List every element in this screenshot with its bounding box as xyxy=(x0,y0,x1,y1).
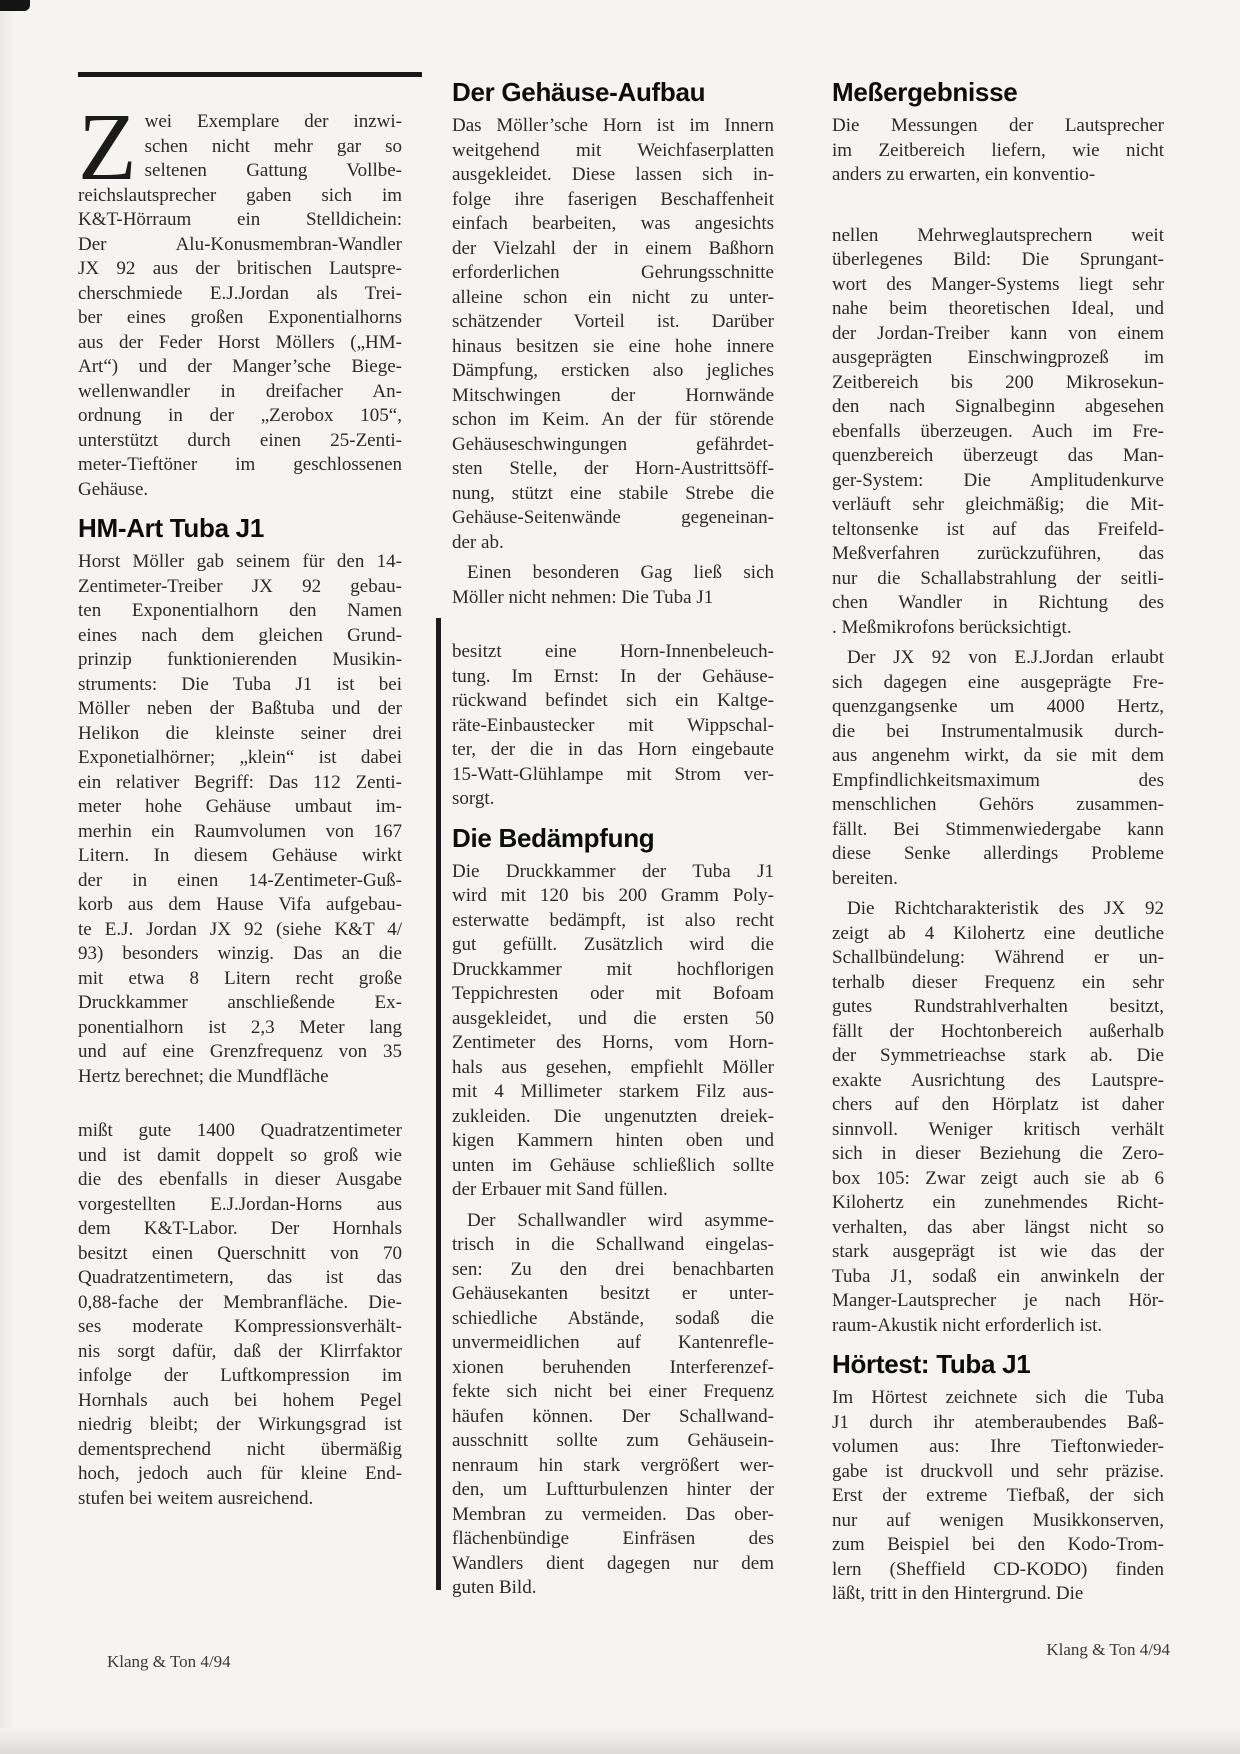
text-line: Die Druckkammer der Tuba J1 xyxy=(452,860,774,885)
text-line: nur die Schallabstrahlung der seitli- xyxy=(832,567,1164,592)
text-line: vorgestellten E.J.Jordan-Horns aus xyxy=(78,1193,402,1218)
text-line: Das Möller’sche Horn ist im Innern xyxy=(452,114,774,139)
top-rule xyxy=(78,72,422,77)
text-line: Hornhals auch bei hohem Pegel xyxy=(78,1389,402,1414)
paragraph: Einen besonderen Gag ließ sichMöller nic… xyxy=(452,561,774,610)
text-line: stark ausgeprägt ist wie das der xyxy=(832,1240,1164,1265)
text-line: Manger-Lautsprecher je nach Hör- xyxy=(832,1289,1164,1314)
text-line: Im Hörtest zeichnete sich die Tuba xyxy=(832,1386,1164,1411)
text-line: der in einen 14-Zentimeter-Guß- xyxy=(78,869,402,894)
paragraph: Der JX 92 von E.J.Jordan erlaubtsich dag… xyxy=(832,646,1164,891)
text-line: gabe ist druckvoll und sehr präzise. xyxy=(832,1460,1164,1485)
text-line: unterstützt durch einen 25-Zenti- xyxy=(78,429,402,454)
text-line: alleine schon ein nicht zu unter- xyxy=(452,286,774,311)
footer-left: Klang & Ton 4/94 xyxy=(107,1652,231,1672)
text-line: besitzt eine Horn-Innenbeleuch- xyxy=(452,640,774,665)
text-line: infolge der Luftkompression im xyxy=(78,1364,402,1389)
text-line: Gehäuse-Seitenwände gegeneinan- xyxy=(452,506,774,531)
column-left: Zwei Exemplare der inzwi-schen nicht meh… xyxy=(78,104,402,1511)
text-line: im Zeitbereich liefern, wie nicht xyxy=(832,139,1164,164)
text-line: ponentialhorn ist 2,3 Meter lang xyxy=(78,1016,402,1041)
text-line: den, um Luftturbulenzen hinter der xyxy=(452,1478,774,1503)
spacer xyxy=(832,188,1164,218)
scan-artifact xyxy=(0,0,30,11)
text-line: mit etwa 8 Litern recht große xyxy=(78,967,402,992)
text-line: Horst Möller gab seinem für den 14- xyxy=(78,550,402,575)
spacer xyxy=(452,610,774,634)
text-line: nis sorgt dafür, daß der Klirrfaktor xyxy=(78,1340,402,1365)
text-line: wird mit 120 bis 200 Gramm Poly- xyxy=(452,884,774,909)
text-line: struments: Die Tuba J1 ist bei xyxy=(78,673,402,698)
text-line: niedrig bleibt; der Wirkungsgrad ist xyxy=(78,1413,402,1438)
text-line: eines nach dem gleichen Grund- xyxy=(78,624,402,649)
text-line: ausgekleidet, und die ersten 50 xyxy=(452,1007,774,1032)
text-line: nenraum hin stark vergrößert wer- xyxy=(452,1454,774,1479)
text-line: die des ebenfalls in dieser Ausgabe xyxy=(78,1168,402,1193)
text-line: mißt gute 1400 Quadratzentimeter xyxy=(78,1119,402,1144)
text-line: gutes Rundstrahlverhalten besitzt, xyxy=(832,995,1164,1020)
text-line: überlegenes Bild: Die Sprungant- xyxy=(832,248,1164,273)
text-line: quenzgangsenke um 4000 Hertz, xyxy=(832,695,1164,720)
text-line: K&T-Hörraum ein Stelldichein: xyxy=(78,208,402,233)
paragraph: besitzt eine Horn-Innenbeleuch-tung. Im … xyxy=(452,640,774,812)
text-line: JX 92 aus der britischen Lautspre- xyxy=(78,257,402,282)
text-line: Der JX 92 von E.J.Jordan erlaubt xyxy=(832,646,1164,671)
text-line: nahe beim theoretischen Ideal, und xyxy=(832,297,1164,322)
text-line: Möller nicht nehmen: Die Tuba J1 xyxy=(452,586,774,611)
text-line: sinnvoll. Weniger kritisch verhält xyxy=(832,1118,1164,1143)
text-line: erforderlichen Gehrungsschnitte xyxy=(452,261,774,286)
text-line: Einen besonderen Gag ließ sich xyxy=(452,561,774,586)
text-line: Litern. In diesem Gehäuse wirkt xyxy=(78,844,402,869)
text-line: esterwatte bedämpft, ist also recht xyxy=(452,909,774,934)
text-line: Empfindlichkeitsmaximum des xyxy=(832,769,1164,794)
text-line: zum Beispiel bei den Kodo-Trom- xyxy=(832,1533,1164,1558)
text-line: Gehäuseschwingungen gefährdet- xyxy=(452,433,774,458)
text-line: wellenwandler in dreifacher An- xyxy=(78,380,402,405)
text-line: schiedliche Abstände, sodaß die xyxy=(452,1307,774,1332)
text-line: prinzip funktionierenden Musikin- xyxy=(78,648,402,673)
text-line: stufen bei weitem ausreichend. xyxy=(78,1487,402,1512)
text-line: hoch, jedoch auch für kleine End- xyxy=(78,1462,402,1487)
paragraph: Die Druckkammer der Tuba J1wird mit 120 … xyxy=(452,860,774,1203)
text-line: fekte sich nicht bei einer Frequenz xyxy=(452,1380,774,1405)
text-line: merhin ein Raumvolumen von 167 xyxy=(78,820,402,845)
text-line: ebenfalls überzeugen. Auch im Fre- xyxy=(832,420,1164,445)
column-right: MeßergebnisseDie Messungen der Lautsprec… xyxy=(832,78,1164,1607)
text-line: sen: Zu den drei benachbarten xyxy=(452,1258,774,1283)
text-line: der ab. xyxy=(452,531,774,556)
section-heading: HM-Art Tuba J1 xyxy=(78,514,402,542)
text-line: sich in dieser Beziehung die Zero- xyxy=(832,1142,1164,1167)
text-line: guten Bild. xyxy=(452,1576,774,1601)
section-heading: Der Gehäuse-Aufbau xyxy=(452,78,774,106)
text-line: Möller neben der Baßtuba und der xyxy=(78,697,402,722)
text-line: reichslautsprecher gaben sich im xyxy=(78,184,402,209)
text-line: der Jordan-Treiber kann von einem xyxy=(832,322,1164,347)
text-line: mit 4 Millimeter starkem Filz aus- xyxy=(452,1080,774,1105)
column-divider-rule xyxy=(436,618,441,1590)
section-heading: Meßergebnisse xyxy=(832,78,1164,106)
text-line: korb aus dem Hause Vifa aufgebau- xyxy=(78,893,402,918)
text-line: ter, der die in das Horn eingebaute xyxy=(452,738,774,763)
text-line: Gehäusekanten besitzt er unter- xyxy=(452,1282,774,1307)
text-line: Membran zu vermeiden. Das ober- xyxy=(452,1503,774,1528)
spacer xyxy=(78,1089,402,1113)
text-line: häufen können. Der Schallwand- xyxy=(452,1405,774,1430)
text-line: xionen beruhenden Interferenzef- xyxy=(452,1356,774,1381)
text-line: flächenbündige Einfräsen des xyxy=(452,1527,774,1552)
text-line: Druckkammer anschließende Ex- xyxy=(78,991,402,1016)
text-line: Dämpfung, ersticken also jegliches xyxy=(452,359,774,384)
scan-bottom-shade xyxy=(0,1728,1240,1754)
text-line: verläuft sehr gleichmäßig; die Mit- xyxy=(832,493,1164,518)
text-line: te E.J. Jordan JX 92 (siehe K&T 4/ xyxy=(78,918,402,943)
magazine-page: Zwei Exemplare der inzwi-schen nicht meh… xyxy=(0,0,1240,1754)
text-line: nellen Mehrweglautsprechern weit xyxy=(832,224,1164,249)
text-line: den nach Signalbeginn abgesehen xyxy=(832,395,1164,420)
text-line: verhalten, das aber längst nicht so xyxy=(832,1216,1164,1241)
paragraph: Die Richtcharakteristik des JX 92zeigt a… xyxy=(832,897,1164,1338)
text-line: hinaus besitzen sie eine hohe innere xyxy=(452,335,774,360)
text-line: lern (Sheffield CD-KODO) finden xyxy=(832,1558,1164,1583)
text-line: folge ihre faserigen Beschaffenheit xyxy=(452,188,774,213)
text-line: trisch in die Schallwand eingelas- xyxy=(452,1233,774,1258)
text-line: ausgeprägten Einschwingprozeß im xyxy=(832,346,1164,371)
text-line: aus angenehm wirkt, da sie mit dem xyxy=(832,744,1164,769)
text-line: diese Senke allerdings Probleme xyxy=(832,842,1164,867)
text-line: teltonsenke ist auf das Freifeld- xyxy=(832,518,1164,543)
text-line: der Symmetrieachse stark ab. Die xyxy=(832,1044,1164,1069)
paragraph: mißt gute 1400 Quadratzentimeterund ist … xyxy=(78,1119,402,1511)
text-line: Der Alu-Konusmembran-Wandler xyxy=(78,233,402,258)
text-line: Zentimeter des Horns, vom Horn- xyxy=(452,1031,774,1056)
paragraph: Die Messungen der Lautsprecherim Zeitber… xyxy=(832,114,1164,188)
text-line: Zentimeter-Treiber JX 92 gebau- xyxy=(78,575,402,600)
text-line: Die Richtcharakteristik des JX 92 xyxy=(832,897,1164,922)
text-line: quenzbereich überzeugt das Man- xyxy=(832,444,1164,469)
text-line: Art“) und der Manger’sche Biege- xyxy=(78,355,402,380)
text-line: Zeitbereich bis 200 Mikrosekun- xyxy=(832,371,1164,396)
text-line: volumen aus: Ihre Tieftonwieder- xyxy=(832,1435,1164,1460)
text-line: weitgehend mit Weichfaserplatten xyxy=(452,139,774,164)
text-line: räte-Einbaustecker mit Wippschal- xyxy=(452,714,774,739)
text-line: und ist damit doppelt so groß wie xyxy=(78,1144,402,1169)
text-line: Quadratzentimetern, das ist das xyxy=(78,1266,402,1291)
paragraph: Im Hörtest zeichnete sich die TubaJ1 dur… xyxy=(832,1386,1164,1607)
text-line: chers auf den Hörplatz ist daher xyxy=(832,1093,1164,1118)
text-line: Wandlers dient dagegen nur dem xyxy=(452,1552,774,1577)
text-line: einfach bearbeiten, was angesichts xyxy=(452,212,774,237)
text-line: Teppichresten oder mit Bofoam xyxy=(452,982,774,1007)
text-line: Meßverfahren zurückzuführen, das xyxy=(832,542,1164,567)
text-line: Schallbündelung: Während er un- xyxy=(832,946,1164,971)
text-line: Die Messungen der Lautsprecher xyxy=(832,114,1164,139)
text-line: dem K&T-Labor. Der Hornhals xyxy=(78,1217,402,1242)
drop-cap: Z xyxy=(78,112,137,182)
text-line: Hertz berechnet; die Mundfläche xyxy=(78,1065,402,1090)
text-line: ausschnitt sollte zum Gehäusein- xyxy=(452,1429,774,1454)
text-line: ger-System: Die Amplitudenkurve xyxy=(832,469,1164,494)
text-line: chen Wandler in Richtung des xyxy=(832,591,1164,616)
text-line: anders zu erwarten, ein konventio- xyxy=(832,163,1164,188)
text-line: Kilohertz ein zunehmendes Richt- xyxy=(832,1191,1164,1216)
text-line: schon im Keim. An der für störende xyxy=(452,408,774,433)
text-line: hals aus gesehen, empfiehlt Möller xyxy=(452,1056,774,1081)
text-line: sten Stelle, der Horn-Austrittsöff- xyxy=(452,457,774,482)
text-line: 0,88-fache der Membranfläche. Die- xyxy=(78,1291,402,1316)
paragraph: Das Möller’sche Horn ist im Innernweitge… xyxy=(452,114,774,555)
paragraph: nellen Mehrweglautsprechern weitüberlege… xyxy=(832,224,1164,641)
text-line: Exponetialhörner; „klein“ ist dabei xyxy=(78,746,402,771)
text-line: wort des Manger-Systems liegt sehr xyxy=(832,273,1164,298)
section-heading: Hörtest: Tuba J1 xyxy=(832,1350,1164,1378)
text-line: terhalb dieser Frequenz ein sehr xyxy=(832,971,1164,996)
text-line: der Vielzahl der in einem Baßhorn xyxy=(452,237,774,262)
text-line: Druckkammer mit hochflorigen xyxy=(452,958,774,983)
text-line: 15-Watt-Glühlampe mit Strom ver- xyxy=(452,763,774,788)
text-line: exakte Ausrichtung des Lautspre- xyxy=(832,1069,1164,1094)
text-line: unten im Gehäuse schließlich sollte xyxy=(452,1154,774,1179)
text-line: fällt. Bei Stimmenwiedergabe kann xyxy=(832,818,1164,843)
text-line: zukleiden. Die ungenutzten dreiek- xyxy=(452,1105,774,1130)
text-line: Helikon die kleinste seiner drei xyxy=(78,722,402,747)
text-line: J1 durch ihr atemberaubendes Baß- xyxy=(832,1411,1164,1436)
text-line: ordnung in der „Zerobox 105“, xyxy=(78,404,402,429)
text-line: ausgekleidet. Diese lassen sich in- xyxy=(452,163,774,188)
text-line: Der Schallwandler wird asymme- xyxy=(452,1209,774,1234)
text-line: raum-Akustik nicht erforderlich ist. xyxy=(832,1314,1164,1339)
text-line: Gehäuse. xyxy=(78,478,402,503)
text-line: tung. Im Ernst: In der Gehäuse- xyxy=(452,665,774,690)
text-line: Tuba J1, sodaß ein anwinkeln der xyxy=(832,1265,1164,1290)
text-line: unvermeidlichen auf Kantenrefle- xyxy=(452,1331,774,1356)
text-line: menschlichen Gehörs zusammen- xyxy=(832,793,1164,818)
text-line: nung, stützt eine stabile Strebe die xyxy=(452,482,774,507)
text-line: sich dagegen eine ausgeprägte Fre- xyxy=(832,671,1164,696)
text-line: meter hohe Gehäuse umbaut im- xyxy=(78,795,402,820)
paragraph: Der Schallwandler wird asymme-trisch in … xyxy=(452,1209,774,1601)
text-line: ein relativer Begriff: Das 112 Zenti- xyxy=(78,771,402,796)
text-line: sorgt. xyxy=(452,787,774,812)
text-line: zeigt ab 4 Kilohertz eine deutliche xyxy=(832,922,1164,947)
paragraph: Horst Möller gab seinem für den 14-Zenti… xyxy=(78,550,402,1089)
text-line: Mitschwingen der Hornwände xyxy=(452,384,774,409)
text-line: fällt der Hochtonbereich außerhalb xyxy=(832,1020,1164,1045)
text-line: kigen Kammern hinten oben und xyxy=(452,1129,774,1154)
text-line: cherschmiede E.J.Jordan als Trei- xyxy=(78,282,402,307)
text-line: meter-Tieftöner im geschlossenen xyxy=(78,453,402,478)
text-line: der Erbauer mit Sand füllen. xyxy=(452,1178,774,1203)
text-line: schätzender Vorteil ist. Darüber xyxy=(452,310,774,335)
paragraph: Zwei Exemplare der inzwi-schen nicht meh… xyxy=(78,110,402,502)
text-line: ses moderate Kompressionsverhält- xyxy=(78,1315,402,1340)
text-line: besitzt einen Querschnitt von 70 xyxy=(78,1242,402,1267)
section-heading: Die Bedämpfung xyxy=(452,824,774,852)
column-middle: Der Gehäuse-AufbauDas Möller’sche Horn i… xyxy=(452,78,774,1601)
text-line: dementsprechend nicht übermäßig xyxy=(78,1438,402,1463)
text-line: die bei Instrumentalmusik durch- xyxy=(832,720,1164,745)
text-line: box 105: Zwar zeigt auch sie ab 6 xyxy=(832,1167,1164,1192)
text-line: 93) besonders winzig. Das an die xyxy=(78,942,402,967)
text-line: und auf eine Grenzfrequenz von 35 xyxy=(78,1040,402,1065)
text-line: rückwand befindet sich ein Kaltge- xyxy=(452,689,774,714)
text-line: läßt, tritt in den Hintergrund. Die xyxy=(832,1582,1164,1607)
text-line: . Meßmikrofons berücksichtigt. xyxy=(832,616,1164,641)
text-line: Erst der extreme Tiefbaß, der sich xyxy=(832,1484,1164,1509)
text-line: aus der Feder Horst Möllers („HM- xyxy=(78,331,402,356)
text-line: bereiten. xyxy=(832,867,1164,892)
text-line: ten Exponentialhorn den Namen xyxy=(78,599,402,624)
text-line: gut gefüllt. Zusätzlich wird die xyxy=(452,933,774,958)
scan-edge-shade xyxy=(0,0,14,1754)
text-line: nur auf wenigen Musikkonserven, xyxy=(832,1509,1164,1534)
text-line: ber eines großen Exponentialhorns xyxy=(78,306,402,331)
footer-right: Klang & Ton 4/94 xyxy=(1046,1640,1170,1660)
